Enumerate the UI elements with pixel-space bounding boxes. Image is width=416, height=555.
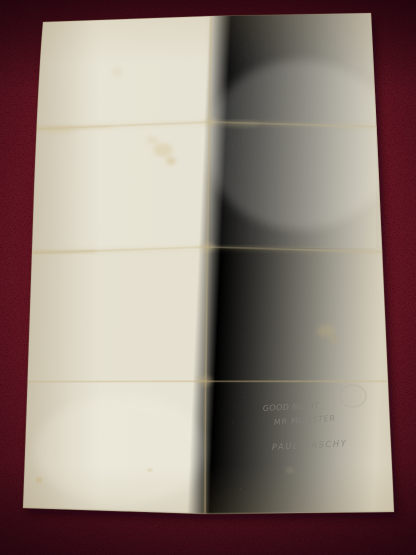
poster-photo-scene: GOOD NIGHT MR MONSTER PAUL NASCHY [0,0,416,555]
horizontal-fold-bottom-mid-stain [150,381,300,382]
poster-paper: GOOD NIGHT MR MONSTER PAUL NASCHY [20,10,400,520]
folded-poster-photo: GOOD NIGHT MR MONSTER PAUL NASCHY [0,0,416,555]
vertical-fold-line-lower [205,381,206,513]
stamp-mark [340,385,366,407]
